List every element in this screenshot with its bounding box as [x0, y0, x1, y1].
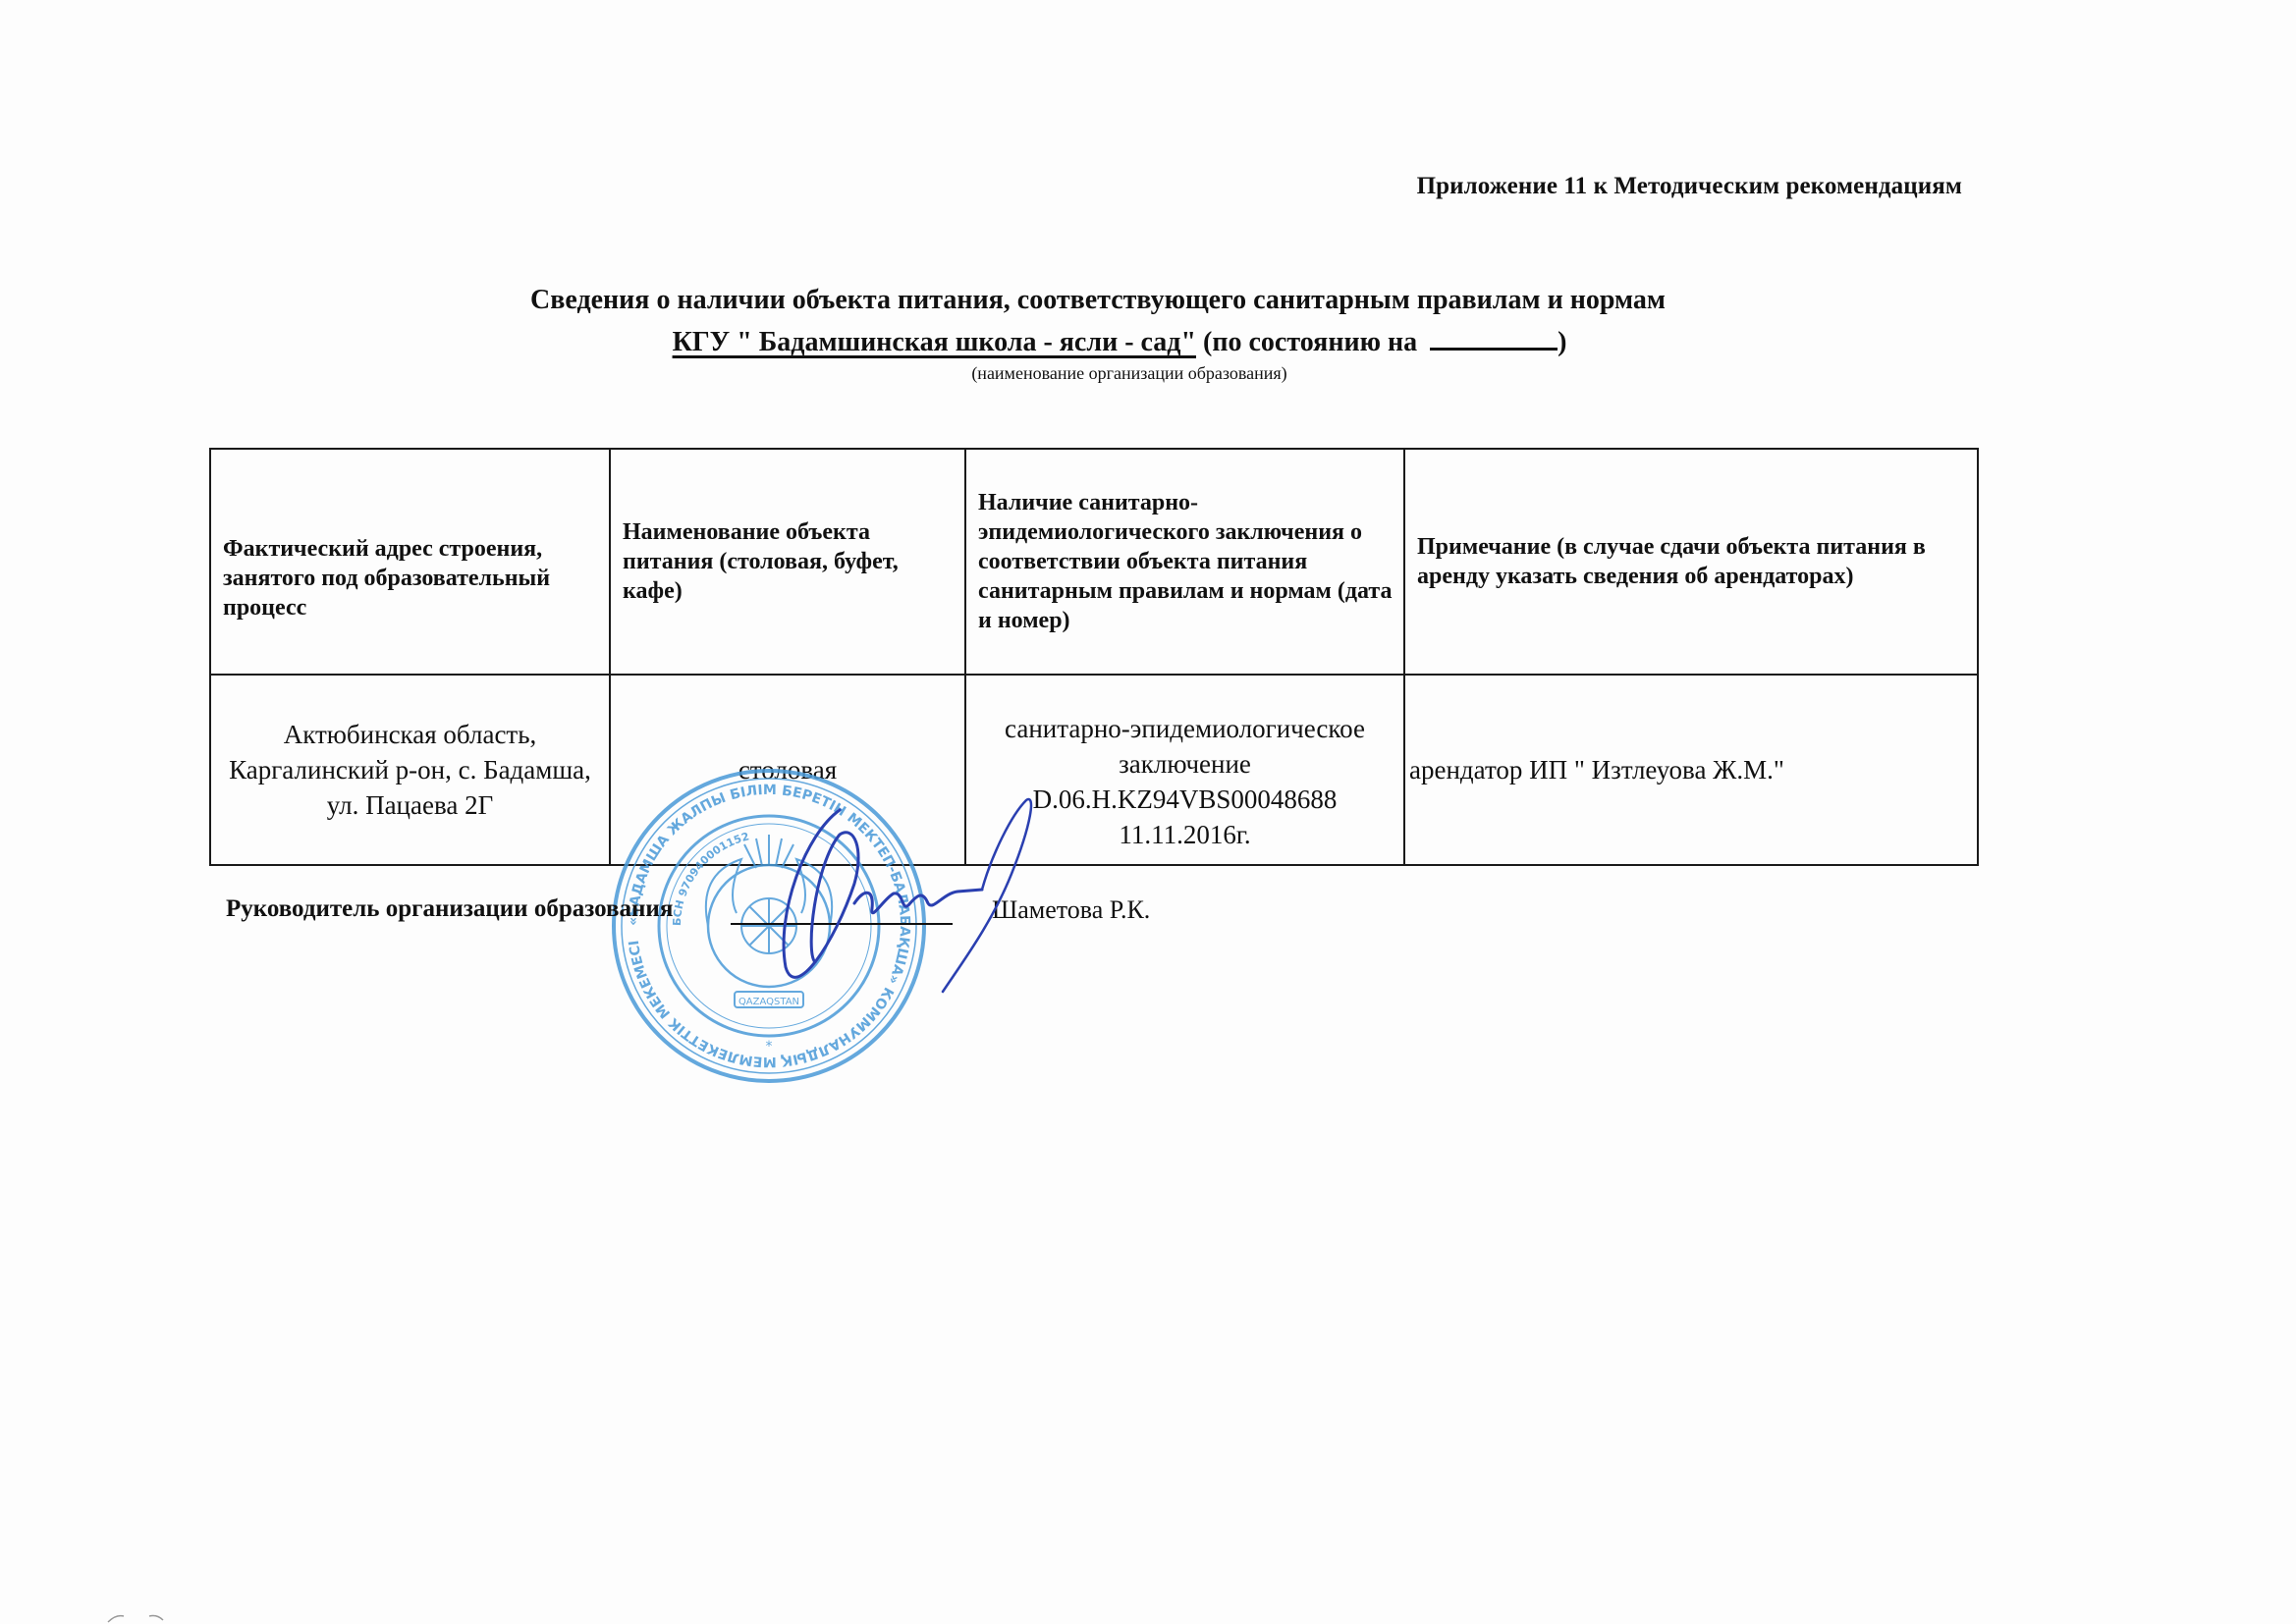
signature-role-label: Руководитель организации образования — [226, 895, 673, 923]
document-page: Приложение 11 к Методическим рекомендаци… — [0, 0, 2296, 1624]
svg-text:*: * — [766, 1039, 773, 1055]
cell-address: Актюбинская область, Каргалинский р-он, … — [210, 675, 610, 865]
organization-line: КГУ " Бадамшинская школа - ясли - сад" (… — [589, 324, 1650, 358]
scan-artifact-icon — [98, 1610, 177, 1624]
as-of-close: ) — [1558, 327, 1566, 357]
header-note: Примечание (в случае сдачи объекта питан… — [1404, 449, 1978, 675]
header-address: Фактический адрес строения, занятого под… — [210, 449, 610, 675]
header-facility-name: Наименование объекта питания (столовая, … — [610, 449, 965, 675]
header-sanitary-conclusion: Наличие санитарно-эпидемиологического за… — [965, 449, 1404, 675]
organization-name: КГУ " Бадамшинская школа - ясли - сад" — [673, 327, 1196, 357]
appendix-label: Приложение 11 к Методическим рекомендаци… — [1417, 173, 1962, 200]
table-row: Актюбинская область, Каргалинский р-он, … — [210, 675, 1978, 865]
as-of-date-blank[interactable] — [1430, 324, 1558, 351]
document-title: Сведения о наличии объекта питания, соот… — [410, 285, 1785, 316]
conclusion-text: санитарно-эпидемиологическое заключение — [972, 711, 1397, 782]
handwritten-signature-icon — [746, 795, 1070, 1001]
cell-note: арендатор ИП " Изтлеуова Ж.М." — [1404, 675, 1978, 865]
food-facility-table: Фактический адрес строения, занятого под… — [209, 448, 1979, 866]
table-header-row: Фактический адрес строения, занятого под… — [210, 449, 1978, 675]
organization-caption: (наименование организации образования) — [786, 363, 1473, 384]
as-of-label: (по состоянию на — [1203, 327, 1417, 357]
